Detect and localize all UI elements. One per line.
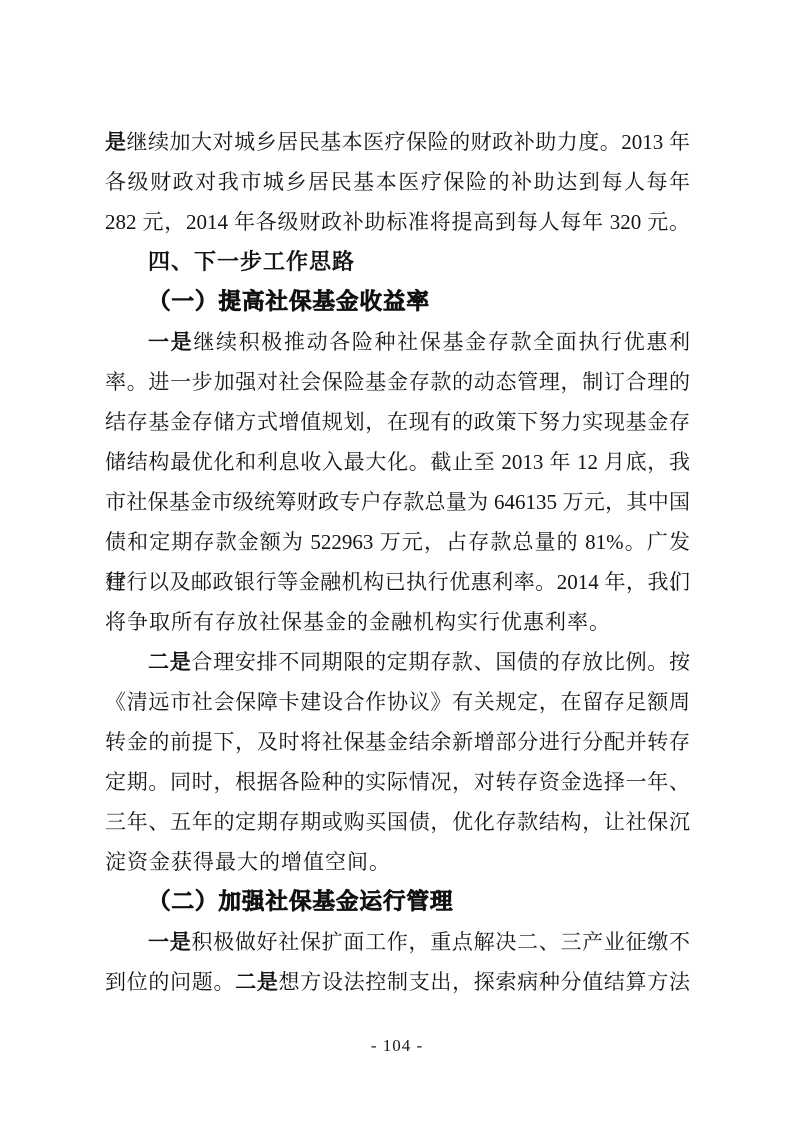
text-segment-bold: （一）提高社保基金收益率	[148, 289, 430, 314]
text-line: 储结构最优化和利息收入最大化。截止至 2013 年 12 月底，我	[105, 442, 690, 482]
heading-line: 四、下一步工作思路	[105, 242, 690, 282]
page-number: - 104 -	[0, 1036, 794, 1056]
text-segment: 建行以及邮政银行等金融机构已执行优惠利率。2014 年，我们	[105, 570, 690, 594]
text-segment: 将争取所有存放社保基金的金融机构实行优惠利率。	[105, 610, 611, 634]
text-segment-bold: 是	[105, 130, 127, 154]
document-page: 是继续加大对城乡居民基本医疗保险的财政补助力度。2013 年各级财政对我市城乡居…	[0, 0, 794, 1123]
text-line: 淀资金获得最大的增值空间。	[105, 842, 690, 882]
text-segment-bold: 一是	[148, 930, 191, 954]
text-segment: 率。进一步加强对社会保险基金存款的动态管理，制订合理的	[105, 370, 690, 394]
text-line: 转金的前提下，及时将社保基金结余新增部分进行分配并转存	[105, 722, 690, 762]
text-segment: 定期。同时，根据各险种的实际情况，对转存资金选择一年、	[105, 770, 690, 794]
text-line: 市社保基金市级统筹财政专户存款总量为 646135 万元，其中国	[105, 482, 690, 522]
text-line: 《清远市社会保障卡建设合作协议》有关规定，在留存足额周	[105, 682, 690, 722]
text-segment: 各级财政对我市城乡居民基本医疗保险的补助达到每人每年	[105, 170, 690, 194]
text-line: 二是合理安排不同期限的定期存款、国债的存放比例。按	[105, 642, 690, 682]
text-segment: 继续加大对城乡居民基本医疗保险的财政补助力度。2013 年	[127, 130, 691, 154]
text-line: 是继续加大对城乡居民基本医疗保险的财政补助力度。2013 年	[105, 122, 690, 162]
text-segment: 市社保基金市级统筹财政专户存款总量为 646135 万元，其中国	[105, 490, 690, 514]
text-segment-bold: 二是	[148, 650, 191, 674]
text-line: 将争取所有存放社保基金的金融机构实行优惠利率。	[105, 602, 690, 642]
text-line: 定期。同时，根据各险种的实际情况，对转存资金选择一年、	[105, 762, 690, 802]
text-segment-bold: （二）加强社保基金运行管理	[148, 889, 454, 914]
document-body: 是继续加大对城乡居民基本医疗保险的财政补助力度。2013 年各级财政对我市城乡居…	[105, 122, 690, 1002]
text-line: 率。进一步加强对社会保险基金存款的动态管理，制订合理的	[105, 362, 690, 402]
heading-line: （二）加强社保基金运行管理	[105, 882, 690, 922]
text-line: 一是积极做好社保扩面工作，重点解决二、三产业征缴不	[105, 922, 690, 962]
text-segment: 282 元，2014 年各级财政补助标准将提高到每人每年 320 元。	[105, 210, 690, 234]
text-segment: 《清远市社会保障卡建设合作协议》有关规定，在留存足额周	[105, 690, 690, 714]
text-line: 到位的问题。二是想方设法控制支出，探索病种分值结算方法	[105, 962, 690, 1002]
text-segment: 结存基金存储方式增值规划，在现有的政策下努力实现基金存	[105, 410, 690, 434]
text-segment: 想方设法控制支出，探索病种分值结算方法	[279, 970, 690, 994]
text-segment: 积极做好社保扩面工作，重点解决二、三产业征缴不	[191, 930, 690, 954]
text-segment-bold: 二是	[235, 970, 278, 994]
text-line: 282 元，2014 年各级财政补助标准将提高到每人每年 320 元。	[105, 202, 690, 242]
text-segment-bold: 四、下一步工作思路	[148, 249, 355, 274]
text-segment: 转金的前提下，及时将社保基金结余新增部分进行分配并转存	[105, 730, 690, 754]
text-segment: 淀资金获得最大的增值空间。	[105, 850, 391, 874]
text-line: 建行以及邮政银行等金融机构已执行优惠利率。2014 年，我们	[105, 562, 690, 602]
text-segment: 三年、五年的定期存期或购买国债，优化存款结构，让社保沉	[105, 810, 690, 834]
text-segment: 继续积极推动各险种社保基金存款全面执行优惠利	[193, 330, 690, 354]
text-segment: 合理安排不同期限的定期存款、国债的存放比例。按	[191, 650, 690, 674]
text-line: 一是继续积极推动各险种社保基金存款全面执行优惠利	[105, 322, 690, 362]
text-line: 债和定期存款金额为 522963 万元，占存款总量的 81%。广发行、	[105, 522, 690, 562]
heading-line: （一）提高社保基金收益率	[105, 282, 690, 322]
text-segment: 到位的问题。	[105, 970, 235, 994]
text-line: 各级财政对我市城乡居民基本医疗保险的补助达到每人每年	[105, 162, 690, 202]
text-line: 三年、五年的定期存期或购买国债，优化存款结构，让社保沉	[105, 802, 690, 842]
text-line: 结存基金存储方式增值规划，在现有的政策下努力实现基金存	[105, 402, 690, 442]
text-segment-bold: 一是	[148, 330, 193, 354]
text-segment: 储结构最优化和利息收入最大化。截止至 2013 年 12 月底，我	[105, 450, 690, 474]
